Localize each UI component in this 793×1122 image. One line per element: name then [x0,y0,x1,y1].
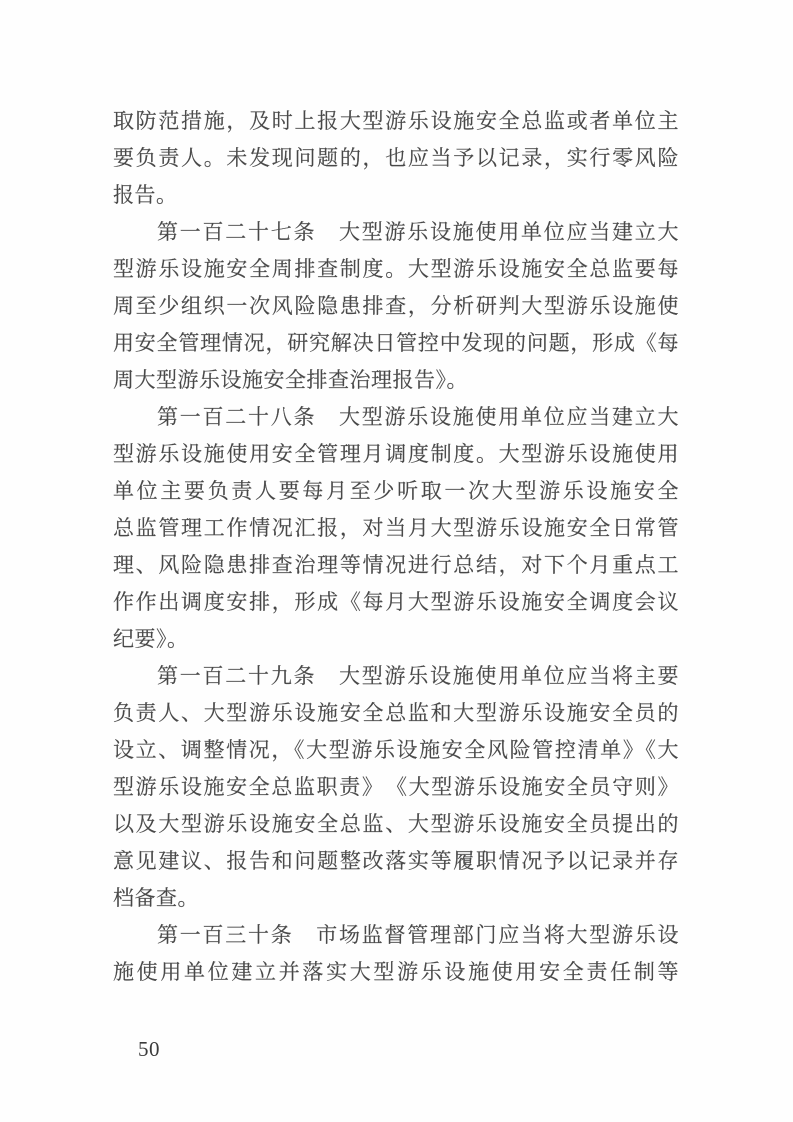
text-line: 取防范措施，及时上报大型游乐设施安全总监或者单位主 [113,103,679,140]
text-line: 负责人、大型游乐设施安全总监和大型游乐设施安全员的 [113,695,679,732]
text-line: 用安全管理情况，研究解决日管控中发现的问题，形成《每 [113,325,679,362]
text-line: 型游乐设施安全总监职责》 《大型游乐设施安全员守则》 [113,769,679,806]
text-line: 理、风险隐患排查治理等情况进行总结，对下个月重点工 [113,547,679,584]
text-line: 档备查。 [113,880,679,917]
text-line: 周大型游乐设施安全排查治理报告》。 [113,362,679,399]
text-line: 总监管理工作情况汇报，对当月大型游乐设施安全日常管 [113,510,679,547]
text-line: 作作出调度安排，形成《每月大型游乐设施安全调度会议 [113,584,679,621]
text-line: 第一百二十九条 大型游乐设施使用单位应当将主要 [113,658,679,695]
text-line: 型游乐设施安全周排查制度。大型游乐设施安全总监要每 [113,251,679,288]
text-line: 第一百二十七条 大型游乐设施使用单位应当建立大 [113,214,679,251]
document-page: 取防范措施，及时上报大型游乐设施安全总监或者单位主要负责人。未发现问题的，也应当… [0,0,793,1122]
text-line: 第一百二十八条 大型游乐设施使用单位应当建立大 [113,399,679,436]
text-line: 第一百三十条 市场监督管理部门应当将大型游乐设 [113,917,679,954]
text-line: 要负责人。未发现问题的，也应当予以记录，实行零风险 [113,140,679,177]
text-line: 型游乐设施使用安全管理月调度制度。大型游乐设施使用 [113,436,679,473]
text-line: 报告。 [113,177,679,214]
page-number: 50 [138,1036,160,1062]
text-line: 周至少组织一次风险隐患排查，分析研判大型游乐设施使 [113,288,679,325]
text-line: 单位主要负责人要每月至少听取一次大型游乐设施安全 [113,473,679,510]
text-line: 意见建议、报告和问题整改落实等履职情况予以记录并存 [113,843,679,880]
text-line: 以及大型游乐设施安全总监、大型游乐设施安全员提出的 [113,806,679,843]
text-line: 纪要》。 [113,621,679,658]
text-line: 设立、调整情况，《大型游乐设施安全风险管控清单》《大 [113,732,679,769]
text-line: 施使用单位建立并落实大型游乐设施使用安全责任制等 [113,954,679,991]
text-block: 取防范措施，及时上报大型游乐设施安全总监或者单位主要负责人。未发现问题的，也应当… [113,103,679,991]
